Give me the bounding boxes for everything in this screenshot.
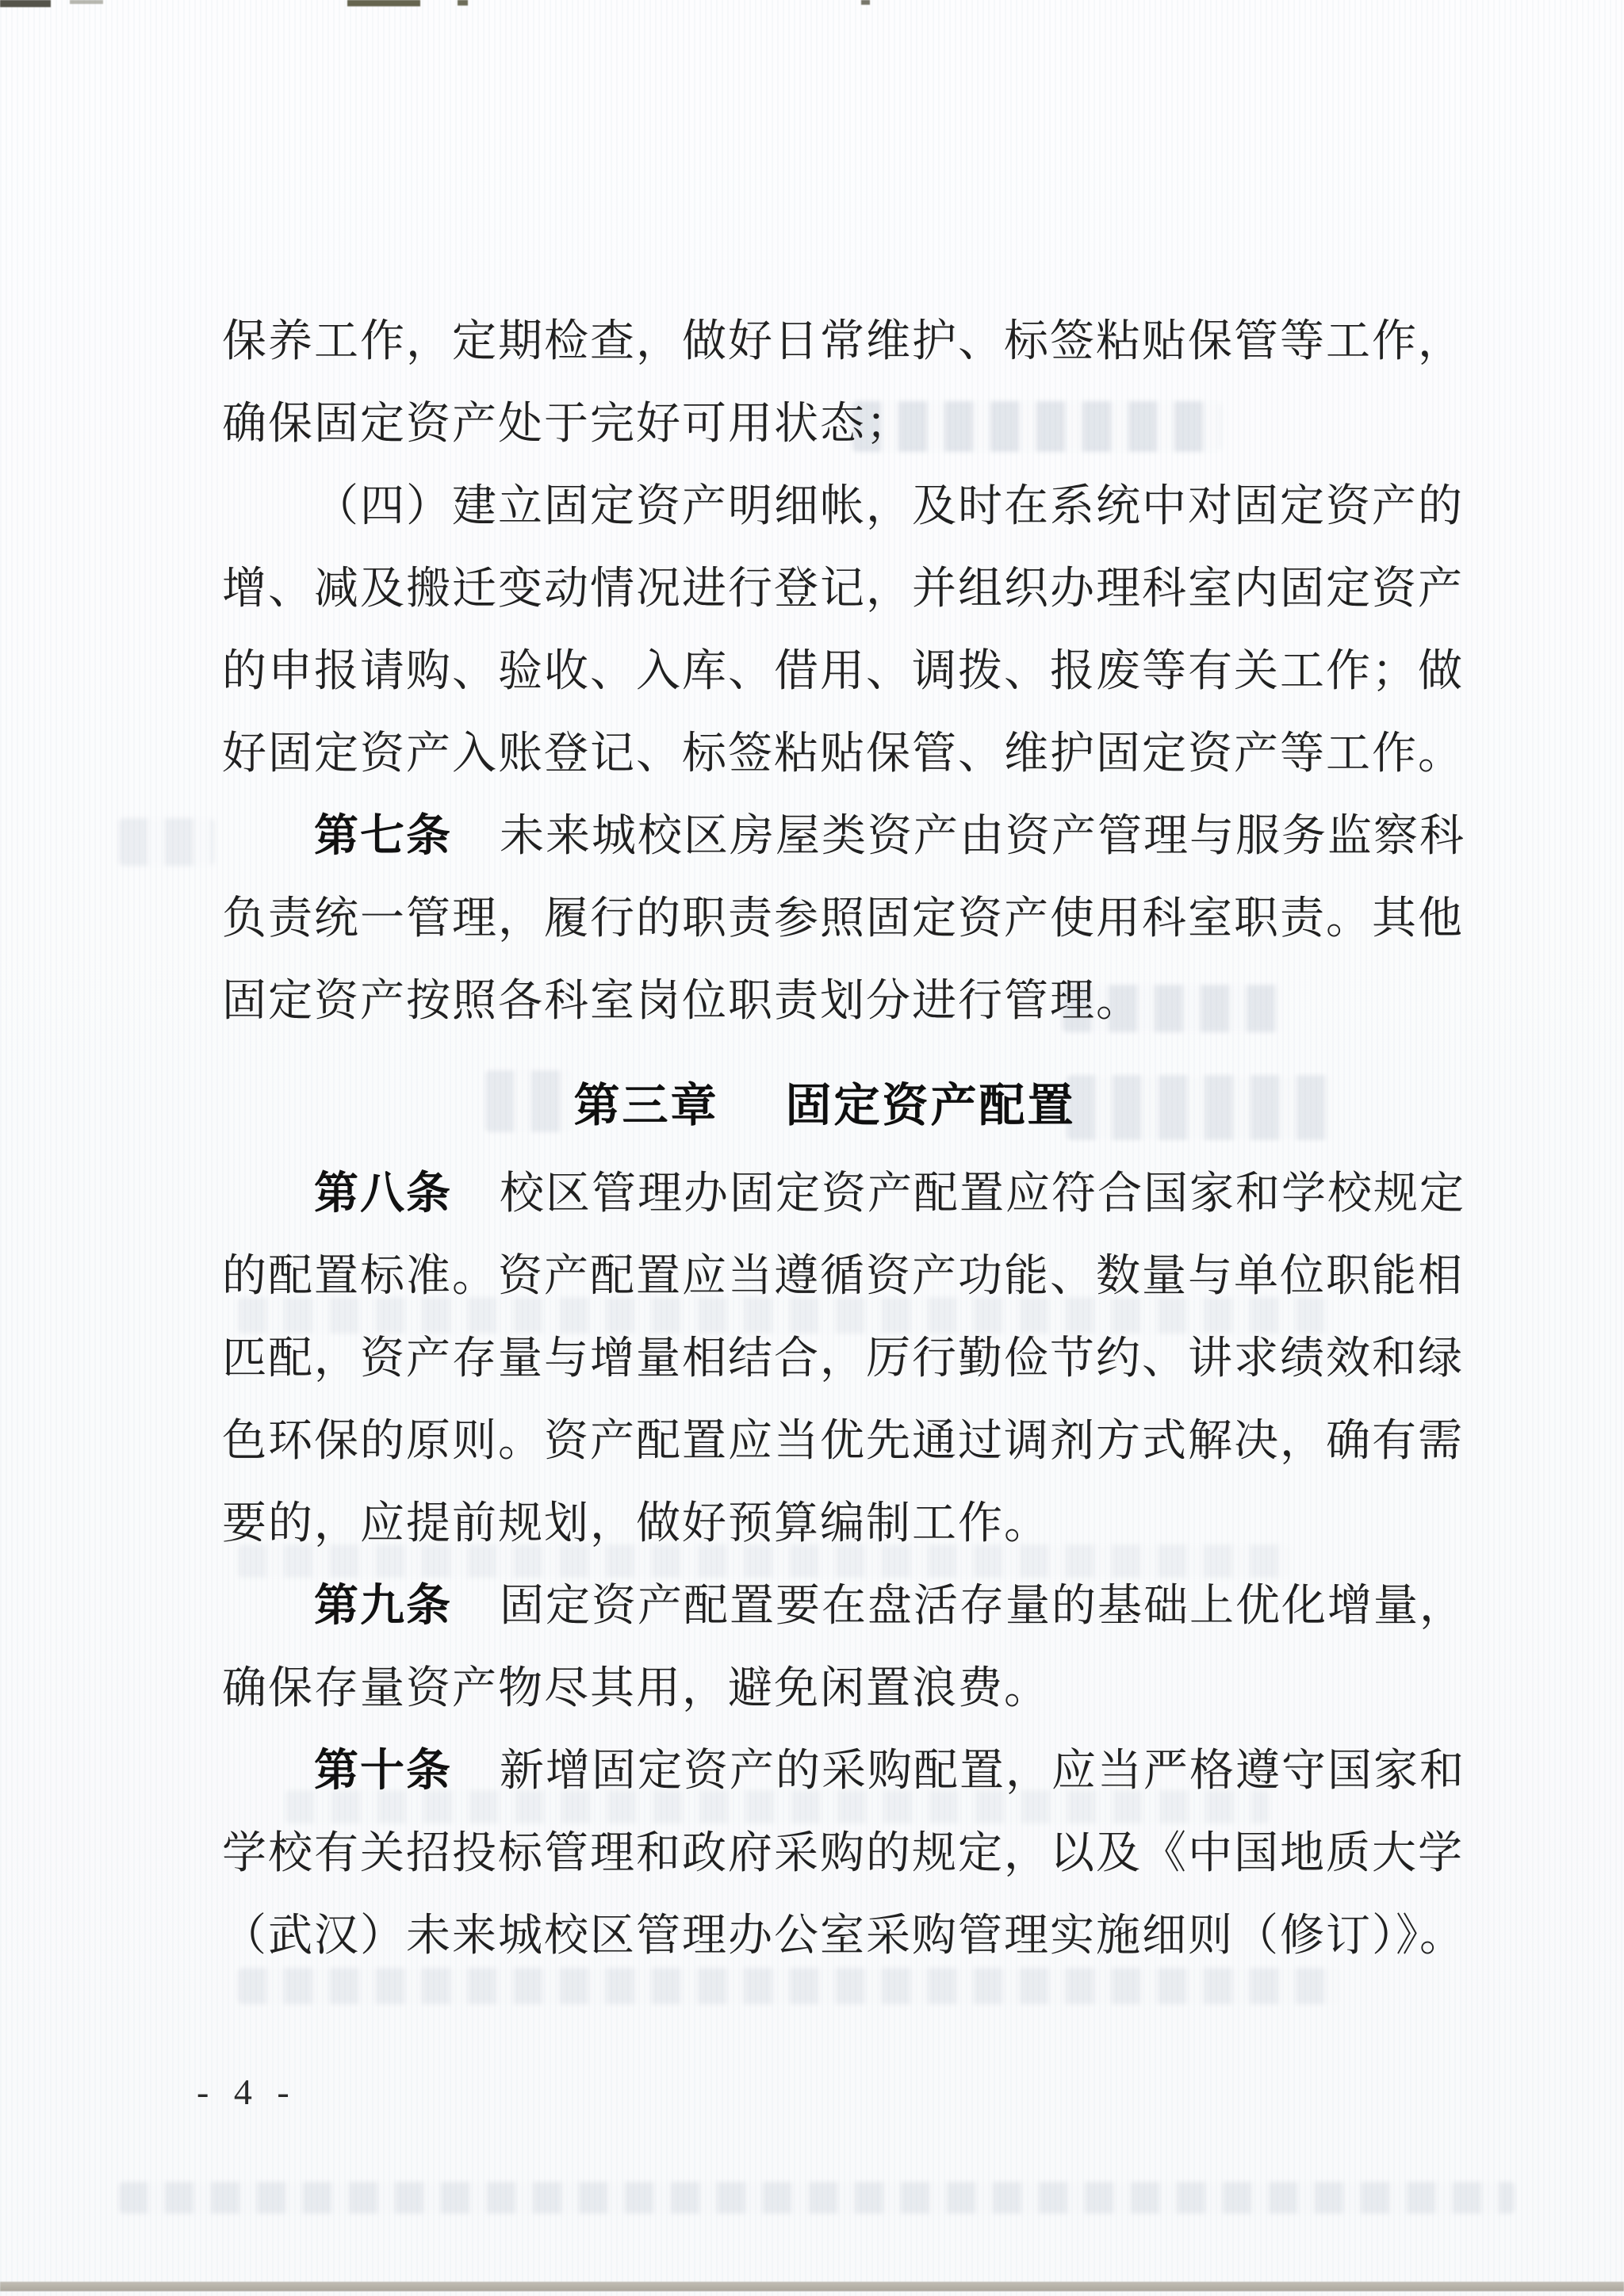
body-line: 匹配，资产存量与增量相结合，厉行勤俭节约、讲求绩效和绿	[222, 1317, 1427, 1399]
body-line: 的申报请购、验收、入库、借用、调拨、报废等有关工作；做	[222, 629, 1427, 712]
body-line: 固定资产按照各科室岗位职责划分进行管理。	[222, 959, 1427, 1042]
body-line: 第七条未来城校区房屋类资产由资产管理与服务监察科	[222, 794, 1427, 877]
body-line-text: 新增固定资产的采购配置，应当严格遵守国家和	[500, 1747, 1465, 1796]
body-line-text: 保养工作，定期检查，做好日常维护、标签粘贴保管等工作，	[222, 317, 1464, 366]
scanned-document-page: 保养工作，定期检查，做好日常维护、标签粘贴保管等工作， 确保固定资产处于完好可用…	[0, 0, 1624, 2296]
article-number-10: 第十条	[314, 1745, 452, 1795]
body-line-text: 匹配，资产存量与增量相结合，厉行勤俭节约、讲求绩效和绿	[222, 1334, 1464, 1383]
body-line: 确保存量资产物尽其用，避免闲置浪费。	[222, 1647, 1427, 1729]
page-number: - 4 -	[197, 2071, 297, 2113]
body-line: 第八条校区管理办固定资产配置应符合国家和学校规定	[222, 1152, 1427, 1234]
scan-edge-artifact	[347, 0, 420, 6]
body-line-text: 的配置标准。资产配置应当遵循资产功能、数量与单位职能相	[222, 1252, 1464, 1301]
scan-bottom-edge	[0, 2282, 1624, 2291]
body-line: 学校有关招投标管理和政府采购的规定，以及《中国地质大学	[222, 1812, 1427, 1894]
article-number-8: 第八条	[314, 1168, 452, 1218]
body-line-text: 固定资产按照各科室岗位职责划分进行管理。	[222, 977, 1142, 1026]
body-line: 的配置标准。资产配置应当遵循资产功能、数量与单位职能相	[222, 1234, 1427, 1317]
body-line-text: 学校有关招投标管理和政府采购的规定，以及《中国地质大学	[222, 1829, 1464, 1878]
body-line: 色环保的原则。资产配置应当优先通过调剂方式解决，确有需	[222, 1399, 1427, 1482]
scan-edge-artifact	[458, 0, 468, 6]
body-line: 第九条固定资产配置要在盘活存量的基础上优化增量，	[222, 1564, 1427, 1647]
chapter-number: 第三章	[573, 1080, 718, 1131]
body-line: （四）建立固定资产明细帐，及时在系统中对固定资产的	[222, 465, 1427, 547]
body-line: 第十条新增固定资产的采购配置，应当严格遵守国家和	[222, 1729, 1427, 1812]
body-line-text: 确保固定资产处于完好可用状态；	[222, 400, 912, 449]
body-line-text: （武汉）未来城校区管理办公室采购管理实施细则（修订）》。	[222, 1911, 1465, 1961]
body-line: 负责统一管理，履行的职责参照固定资产使用科室职责。其他	[222, 877, 1427, 959]
scan-edge-artifact	[70, 0, 103, 4]
body-line: （武汉）未来城校区管理办公室采购管理实施细则（修订）》。	[222, 1894, 1427, 1976]
body-line-text: 要的，应提前规划，做好预算编制工作。	[222, 1499, 1050, 1548]
scan-edge-artifact	[0, 0, 51, 7]
bleed-through-artifact	[119, 818, 214, 866]
body-line-text: 确保存量资产物尽其用，避免闲置浪费。	[222, 1664, 1050, 1713]
document-body: 保养工作，定期检查，做好日常维护、标签粘贴保管等工作， 确保固定资产处于完好可用…	[222, 300, 1427, 1976]
body-line: 增、减及搬迁变动情况进行登记，并组织办理科室内固定资产	[222, 547, 1427, 629]
body-line-text: 负责统一管理，履行的职责参照固定资产使用科室职责。其他	[222, 894, 1464, 943]
body-line: 保养工作，定期检查，做好日常维护、标签粘贴保管等工作，	[222, 300, 1427, 382]
body-line: 好固定资产入账登记、标签粘贴保管、维护固定资产等工作。	[222, 712, 1427, 794]
body-line-text: （四）建立固定资产明细帐，及时在系统中对固定资产的	[314, 482, 1464, 531]
chapter-title: 固定资产配置	[786, 1080, 1076, 1131]
body-line-text: 的申报请购、验收、入库、借用、调拨、报废等有关工作；做	[222, 647, 1464, 696]
body-line-text: 增、减及搬迁变动情况进行登记，并组织办理科室内固定资产	[222, 564, 1464, 614]
scan-edge-artifact	[861, 0, 870, 5]
body-line-text: 未来城校区房屋类资产由资产管理与服务监察科	[500, 812, 1465, 861]
article-number-7: 第七条	[314, 810, 452, 860]
body-line-text: 校区管理办固定资产配置应符合国家和学校规定	[500, 1169, 1465, 1219]
body-line-text: 色环保的原则。资产配置应当优先通过调剂方式解决，确有需	[222, 1417, 1464, 1466]
body-line: 要的，应提前规划，做好预算编制工作。	[222, 1482, 1427, 1564]
body-line-text: 好固定资产入账登记、标签粘贴保管、维护固定资产等工作。	[222, 729, 1464, 779]
article-number-9: 第九条	[314, 1580, 452, 1630]
body-line-text: 固定资产配置要在盘活存量的基础上优化增量，	[500, 1582, 1465, 1631]
bleed-through-artifact	[119, 2182, 1515, 2214]
body-line: 确保固定资产处于完好可用状态；	[222, 382, 1427, 465]
chapter-heading: 第三章固定资产配置	[222, 1065, 1427, 1147]
